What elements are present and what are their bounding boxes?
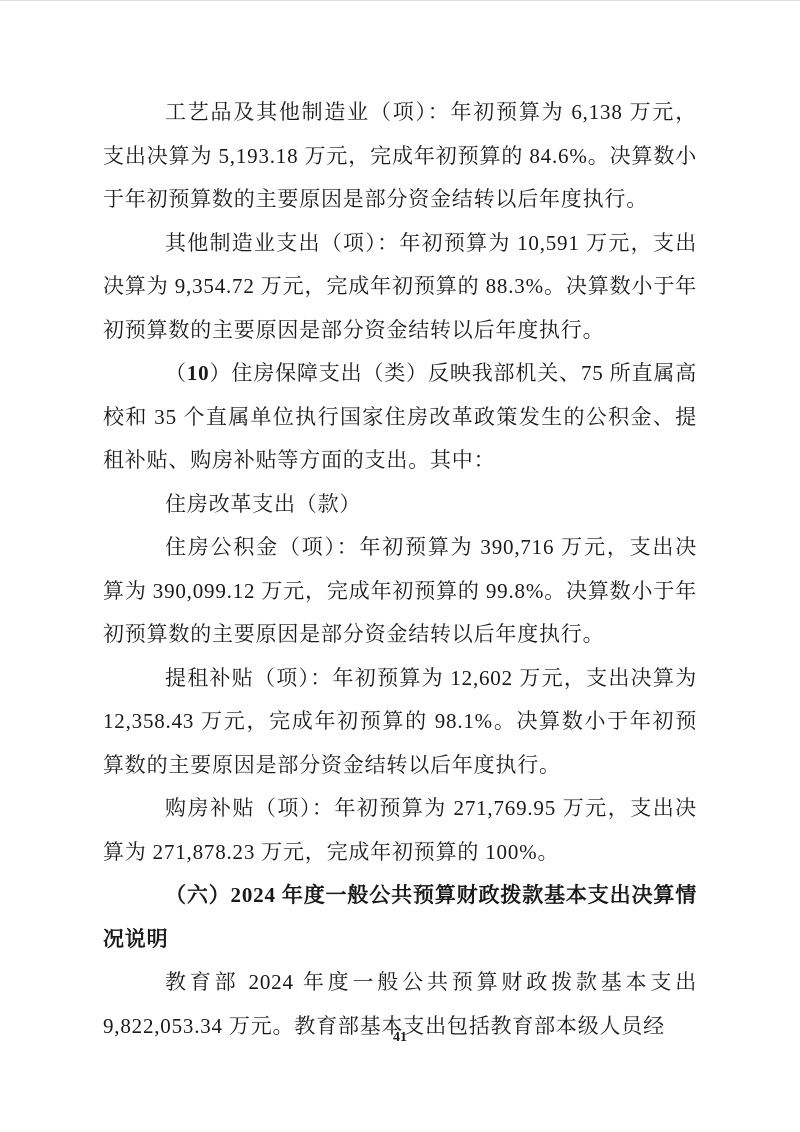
paragraph-housing-fund: 住房公积金（项）：年初预算为 390,716 万元，支出决算为 390,099.… <box>103 526 697 657</box>
housing-security-paren-open: （ <box>165 361 187 385</box>
document-page: 工艺品及其他制造业（项）：年初预算为 6,138 万元，支出决算为 5,193.… <box>0 0 800 1132</box>
section-heading-six: （六）2024 年度一般公共预算财政拨款基本支出决算情况说明 <box>103 874 697 961</box>
paragraph-craft-manufacturing: 工艺品及其他制造业（项）：年初预算为 6,138 万元，支出决算为 5,193.… <box>103 91 697 222</box>
page-number: 41 <box>0 1030 800 1046</box>
paragraph-purchase-subsidy: 购房补贴（项）：年初预算为 271,769.95 万元，支出决算为 271,87… <box>103 787 697 874</box>
paragraph-housing-security: （10）住房保障支出（类）反映我部机关、75 所直属高校和 35 个直属单位执行… <box>103 352 697 483</box>
paragraph-rent-subsidy: 提租补贴（项）：年初预算为 12,602 万元，支出决算为 12,358.43 … <box>103 657 697 788</box>
document-body: 工艺品及其他制造业（项）：年初预算为 6,138 万元，支出决算为 5,193.… <box>103 91 697 1048</box>
paragraph-other-manufacturing: 其他制造业支出（项）：年初预算为 10,591 万元，支出决算为 9,354.7… <box>103 222 697 353</box>
paragraph-housing-reform: 住房改革支出（款） <box>103 483 697 527</box>
housing-security-item-number: 10 <box>187 361 210 385</box>
